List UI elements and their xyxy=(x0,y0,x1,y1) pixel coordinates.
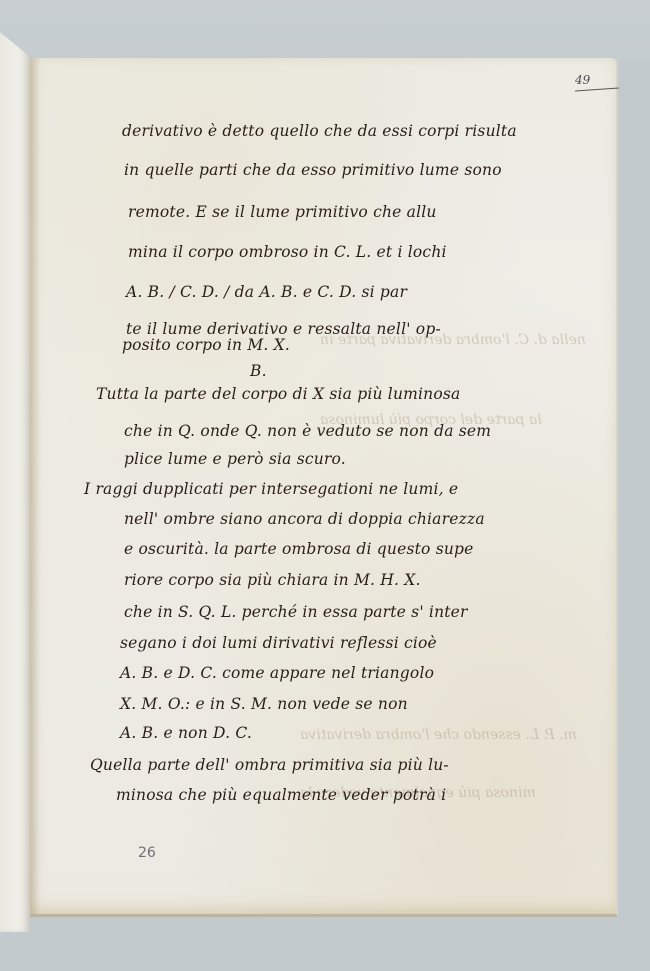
pencil-page-number: 26 xyxy=(138,845,156,861)
text-line: segano i doi lumi dirivativi reflessi ci… xyxy=(120,634,437,652)
text-line: che in S. Q. L. perché in essa parte s' … xyxy=(124,603,468,621)
text-line: in quelle parti che da esso primitivo lu… xyxy=(124,161,502,179)
text-line: Tutta la parte del corpo di X sia più lu… xyxy=(96,385,461,403)
text-line: I raggi dupplicati per intersegationi ne… xyxy=(84,480,458,498)
text-line: e oscurità. la parte ombrosa di questo s… xyxy=(124,540,474,558)
text-line: derivativo è detto quello che da essi co… xyxy=(122,122,517,140)
background-surface xyxy=(0,0,650,60)
text-line: A. B. / C. D. / da A. B. e C. D. si par xyxy=(126,283,407,301)
text-line: A. B. e non D. C. xyxy=(120,724,252,742)
text-line: che in Q. onde Q. non è veduto se non da… xyxy=(124,422,491,440)
text-line: minosa che più equalmente veder potrà i xyxy=(116,786,446,804)
text-line: mina il corpo ombroso in C. L. et i loch… xyxy=(128,243,447,261)
text-line: remote. E se il lume primitivo che allu xyxy=(128,203,437,221)
text-line: nell' ombre siano ancora di doppia chiar… xyxy=(124,510,485,528)
folio-number: 49 xyxy=(575,73,590,87)
text-line: riore corpo sia più chiara in M. H. X. xyxy=(124,571,421,589)
text-line: B. xyxy=(250,362,267,380)
text-line: X. M. O.: e in S. M. non vede se non xyxy=(120,695,408,713)
facing-page-edge xyxy=(0,32,30,932)
text-line: posito corpo in M. X. xyxy=(122,336,290,354)
text-line: Quella parte dell' ombra primitiva sia p… xyxy=(90,756,449,774)
text-line: A. B. e D. C. come appare nel triangolo xyxy=(120,664,434,682)
bleed-through-line: m. P. L. essendo che l'ombra derivativa xyxy=(300,727,577,743)
text-line: plice lume e però sia scuro. xyxy=(124,450,346,468)
gutter-shadow xyxy=(30,58,40,914)
